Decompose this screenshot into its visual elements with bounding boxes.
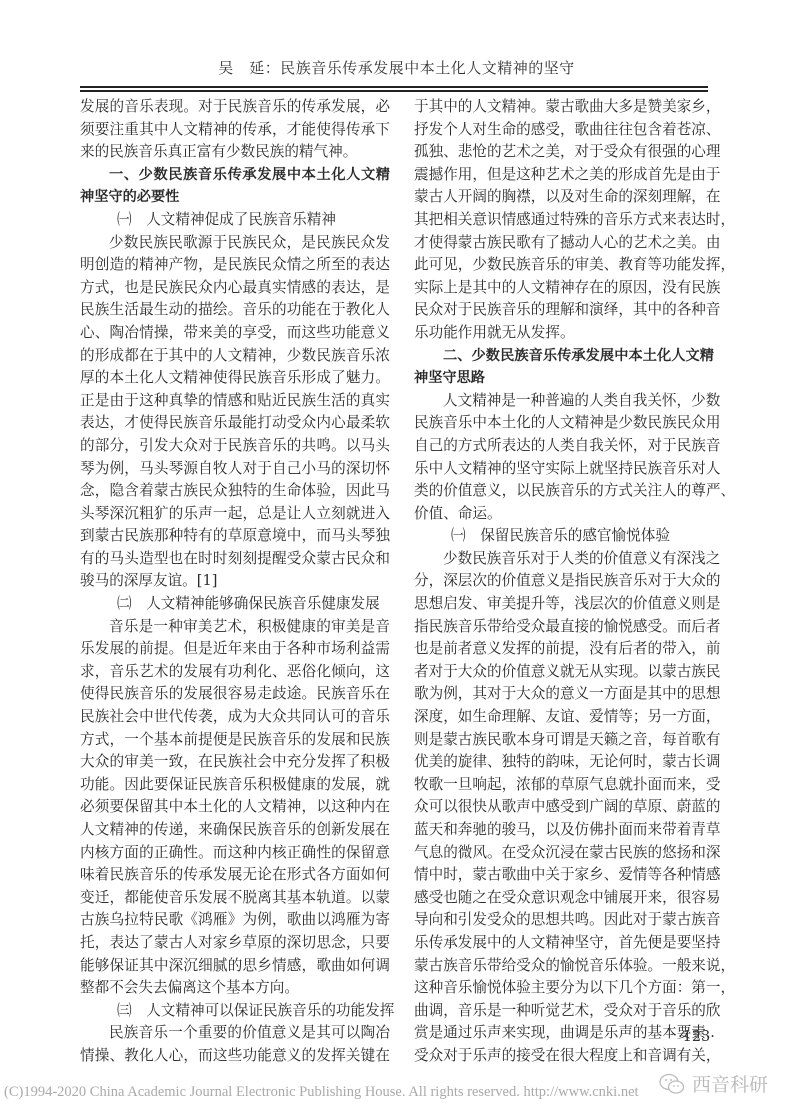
body-text-line: 大众的审美一致，在民族社会中充分发挥了积极 bbox=[80, 751, 390, 774]
body-text-line: 少数民族民歌源于民族民众，是民族民众发 bbox=[80, 232, 390, 255]
body-text-line: 头琴深沉粗犷的乐声一起，总是让人立刻就进入 bbox=[80, 503, 390, 526]
body-text-line: 气息的微风。在受众沉浸在蒙古民族的悠扬和深 bbox=[414, 842, 714, 865]
body-text-line: 实际上是其中的人文精神存在的原因，没有民族 bbox=[414, 277, 714, 300]
body-text-line: 感受也随之在受众意识观念中铺展开来，很容易 bbox=[414, 887, 714, 910]
section-heading: 二、少数民族音乐传承发展中本土化人文精 bbox=[414, 345, 714, 368]
watermark: 西音科研 bbox=[658, 1070, 768, 1097]
body-text-line: 乐功能作用就无从发挥。 bbox=[414, 322, 714, 345]
body-text-line: 其把相关意识情感通过特殊的音乐方式来表达时， bbox=[414, 209, 714, 232]
body-text-line: 整都不会失去偏离这个基本方向。 bbox=[80, 977, 390, 1000]
body-text-line: 明创造的精神产物，是民族民众情之所至的表达 bbox=[80, 254, 390, 277]
body-text-line: 乐传承发展中的人文精神坚守，首先便是要坚持 bbox=[414, 932, 714, 955]
left-column: 发展的音乐表现。对于民族音乐的传承发展，必须要注重其中人文精神的传承，才能使得传… bbox=[80, 96, 390, 1068]
body-text-line: 分，深层次的价值意义是指民族音乐对于大众的 bbox=[414, 570, 714, 593]
body-text-line: 受众对于乐声的接受在很大程度上和音调有关， bbox=[414, 1045, 714, 1068]
body-text-line: 抒发个人对生命的感受，歌曲往往包含着苍凉、 bbox=[414, 119, 714, 142]
body-text-line: 民族音乐一个重要的价值意义是其可以陶冶 bbox=[80, 1022, 390, 1045]
body-text-line: 内核方面的正确性。而这种内核正确性的保留意 bbox=[80, 842, 390, 865]
body-text-line: 指民族音乐带给受众最直接的愉悦感受。而后者 bbox=[414, 616, 714, 639]
section-heading: 神坚守的必要性 bbox=[80, 186, 390, 209]
body-text-line: 也是前者意义发挥的前提，没有后者的带入，前 bbox=[414, 638, 714, 661]
body-text-line: 须要注重其中人文精神的传承，才能使得传承下 bbox=[80, 119, 390, 142]
body-text-line: 民众对于民族音乐的理解和演绎，其中的各种音 bbox=[414, 299, 714, 322]
body-text-line: 价值、命运。 bbox=[414, 503, 714, 526]
body-text-line: 乐发展的前提。但是近年来由于各种市场利益需 bbox=[80, 638, 390, 661]
body-text-line: 自己的方式所表达的人类自我关怀，对于民族音 bbox=[414, 435, 714, 458]
subsection-heading: ㈠ 人文精神促成了民族音乐精神 bbox=[80, 209, 390, 232]
subsection-heading: ㈠ 保留民族音乐的感官愉悦体验 bbox=[414, 525, 714, 548]
body-text-line: 情中时，蒙古歌曲中关于家乡、爱情等各种情感 bbox=[414, 864, 714, 887]
body-text-line: 少数民族音乐对于人类的价值意义有深浅之 bbox=[414, 548, 714, 571]
page-number: ·123· bbox=[678, 1029, 715, 1045]
body-text-line: 心、陶冶情操，带来美的享受，而这些功能意义 bbox=[80, 322, 390, 345]
body-text-line: 牧歌一旦响起，浓郁的草原气息就扑面而来，受 bbox=[414, 774, 714, 797]
subsection-heading: ㈢ 人文精神可以保证民族音乐的功能发挥 bbox=[80, 1000, 390, 1023]
body-text-line: 有的马头造型也在时时刻刻提醒受众蒙古民众和 bbox=[80, 548, 390, 571]
right-column: 于其中的人文精神。蒙古歌曲大多是赞美家乡，抒发个人对生命的感受，歌曲往往包含着苍… bbox=[414, 96, 714, 1068]
body-text-line: 赏是通过乐声来实现，曲调是乐声的基本要素， bbox=[414, 1022, 714, 1045]
body-text-line: 乐中人文精神的坚守实际上就坚持民族音乐对人 bbox=[414, 458, 714, 481]
body-text-line: 蒙古人开阔的胸襟，以及对生命的深刻理解，在 bbox=[414, 186, 714, 209]
header-rule-bottom bbox=[80, 90, 708, 92]
running-header: 吴 延：民族音乐传承发展中本土化人文精神的坚守 bbox=[0, 57, 793, 78]
body-text-line: 优美的旋律、独特的韵味，无论何时，蒙古长调 bbox=[414, 751, 714, 774]
body-text-line: 曲调，音乐是一种听觉艺术，受众对于音乐的欣 bbox=[414, 1000, 714, 1023]
body-text-line: 此可见，少数民族音乐的审美、教育等功能发挥， bbox=[414, 254, 714, 277]
body-text-line: 音乐是一种审美艺术，积极健康的审美是音 bbox=[80, 616, 390, 639]
body-text-line: 蓝天和奔驰的骏马，以及仿佛扑面而来带着青草 bbox=[414, 819, 714, 842]
body-text-line: 才使得蒙古族民歌有了撼动人心的艺术之美。由 bbox=[414, 232, 714, 255]
body-text-line: 味着民族音乐的传承发展无论在形式各方面如何 bbox=[80, 864, 390, 887]
header-rule-top bbox=[80, 86, 708, 88]
body-text-line: 来的民族音乐真正富有少数民族的精气神。 bbox=[80, 141, 390, 164]
body-text-line: 的部分，引发大众对于民族音乐的共鸣。以马头 bbox=[80, 435, 390, 458]
body-text-line: 能够保证其中深沉细腻的思乡情感，歌曲如何调 bbox=[80, 955, 390, 978]
body-text-line: 表达，才使得民族音乐最能打动受众内心最柔软 bbox=[80, 412, 390, 435]
body-text-line: 变迁，都能使音乐发展不脱离其基本轨道。以蒙 bbox=[80, 887, 390, 910]
section-heading: 神坚守思路 bbox=[414, 367, 714, 390]
body-text-line: 人文精神的传递，来确保民族音乐的创新发展在 bbox=[80, 819, 390, 842]
body-text-line: 方式，一个基本前提便是民族音乐的发展和民族 bbox=[80, 729, 390, 752]
body-text-line: 的形成都在于其中的人文精神，少数民族音乐浓 bbox=[80, 345, 390, 368]
body-text-line: 孤独、悲怆的艺术之美，对于受众有很强的心理 bbox=[414, 141, 714, 164]
body-text-line: 者对于大众的价值意义就无从实现。以蒙古族民 bbox=[414, 661, 714, 684]
body-text-line: 古族乌拉特民歌《鸿雁》为例，歌曲以鸿雁为寄 bbox=[80, 909, 390, 932]
body-text-line: 骏马的深厚友谊。[1] bbox=[80, 570, 390, 593]
body-text-line: 于其中的人文精神。蒙古歌曲大多是赞美家乡， bbox=[414, 96, 714, 119]
body-text-line: 琴为例，马头琴源自牧人对于自己小马的深切怀 bbox=[80, 458, 390, 481]
body-text-line: 蒙古族音乐带给受众的愉悦音乐体验。一般来说， bbox=[414, 955, 714, 978]
body-text-line: 类的价值意义，以民族音乐的方式关注人的尊严、 bbox=[414, 480, 714, 503]
body-text-line: 使得民族音乐的发展很容易走歧途。民族音乐在 bbox=[80, 683, 390, 706]
body-text-line: 思想启发、审美提升等，浅层次的价值意义则是 bbox=[414, 593, 714, 616]
body-text-line: 必须要保留其中本土化的人文精神，以这种内在 bbox=[80, 796, 390, 819]
body-text-line: 众可以很快从歌声中感受到广阔的草原、蔚蓝的 bbox=[414, 796, 714, 819]
wechat-icon bbox=[658, 1072, 686, 1096]
watermark-text: 西音科研 bbox=[692, 1070, 768, 1097]
body-text-line: 则是蒙古族民歌本身可谓是天籁之音，每首歌有 bbox=[414, 729, 714, 752]
body-text-line: 民族音乐中本土化的人文精神是少数民族民众用 bbox=[414, 412, 714, 435]
body-text-line: 人文精神是一种普遍的人类自我关怀，少数 bbox=[414, 390, 714, 413]
body-text-line: 情操、教化人心，而这些功能意义的发挥关键在 bbox=[80, 1045, 390, 1068]
body-text-line: 求，音乐艺术的发展有功利化、恶俗化倾向，这 bbox=[80, 661, 390, 684]
body-text-line: 这种音乐愉悦体验主要分为以下几个方面：第一， bbox=[414, 977, 714, 1000]
body-text-line: 发展的音乐表现。对于民族音乐的传承发展，必 bbox=[80, 96, 390, 119]
body-text-line: 民族社会中世代传袭，成为大众共同认可的音乐 bbox=[80, 706, 390, 729]
body-text-line: 托，表达了蒙古人对家乡草原的深切思念，只要 bbox=[80, 932, 390, 955]
body-text-line: 震撼作用，但是这种艺术之美的形成首先是由于 bbox=[414, 164, 714, 187]
body-text-line: 正是由于这种真挚的情感和贴近民族生活的真实 bbox=[80, 390, 390, 413]
copyright-footer: (C)1994-2020 China Academic Journal Elec… bbox=[4, 1084, 639, 1101]
body-text-line: 导向和引发受众的思想共鸣。因此对于蒙古族音 bbox=[414, 909, 714, 932]
body-text-line: 深度，如生命理解、友谊、爱情等；另一方面， bbox=[414, 706, 714, 729]
body-text-line: 到蒙古民族那种特有的草原意境中，而马头琴独 bbox=[80, 525, 390, 548]
body-text-line: 方式，也是民族民众内心最真实情感的表达，是 bbox=[80, 277, 390, 300]
body-text-line: 民族生活最生动的描绘。音乐的功能在于教化人 bbox=[80, 299, 390, 322]
body-text-line: 歌为例，其对于大众的意义一方面是其中的思想 bbox=[414, 683, 714, 706]
section-heading: 一、少数民族音乐传承发展中本土化人文精 bbox=[80, 164, 390, 187]
body-text-line: 念，隐含着蒙古族民众独特的生命体验，因此马 bbox=[80, 480, 390, 503]
body-text-line: 功能。因此要保证民族音乐积极健康的发展，就 bbox=[80, 774, 390, 797]
subsection-heading: ㈡ 人文精神能够确保民族音乐健康发展 bbox=[80, 593, 390, 616]
body-text-line: 厚的本土化人文精神使得民族音乐形成了魅力。 bbox=[80, 367, 390, 390]
